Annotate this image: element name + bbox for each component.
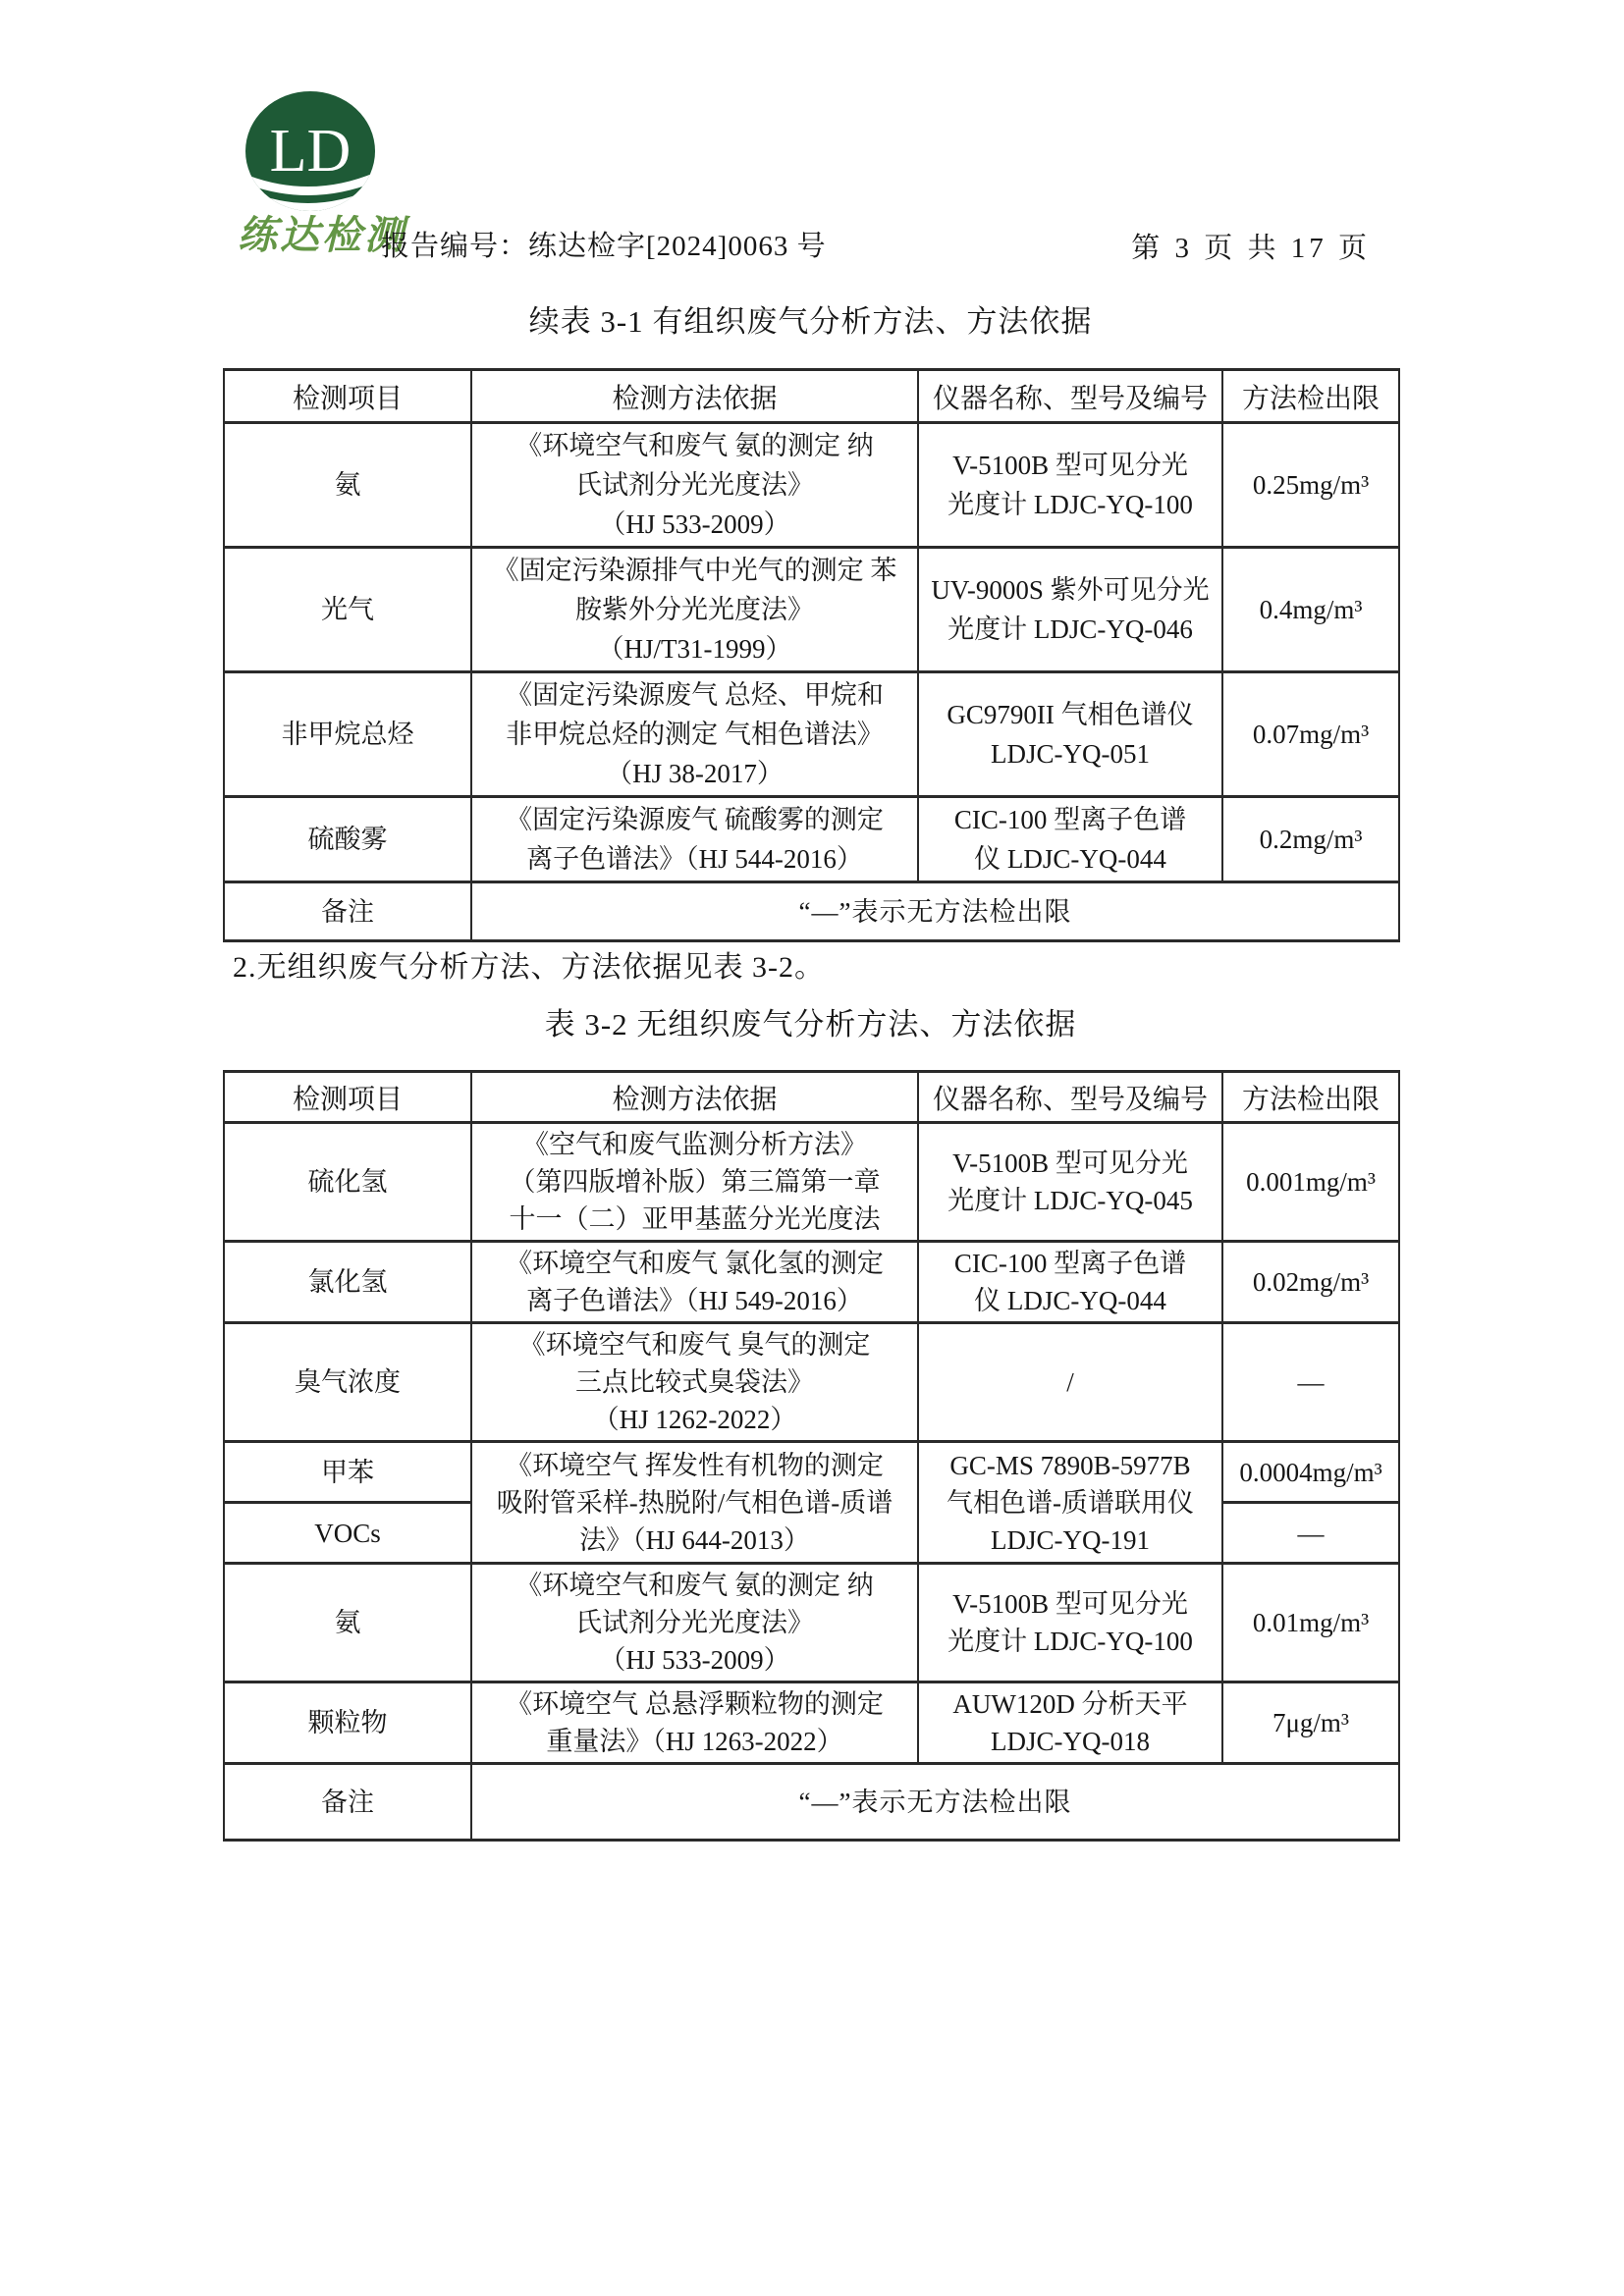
note-label-cell: 备注: [224, 882, 471, 941]
limit-cell: 0.4mg/m³: [1222, 548, 1399, 672]
method-cell: 《固定污染源排气中光气的测定 苯 胺紫外分光光度法》 （HJ/T31-1999）: [471, 548, 918, 672]
limit-cell: 0.02mg/m³: [1222, 1242, 1399, 1323]
report-number: 报告编号：练达检字[2024]0063 号: [381, 224, 827, 264]
instrument-cell: CIC-100 型离子色谱 仪 LDJC-YQ-044: [918, 797, 1222, 882]
note-label-cell: 备注: [224, 1764, 471, 1841]
column-header-limit: 方法检出限: [1222, 370, 1399, 423]
item-cell: 非甲烷总烃: [224, 672, 471, 797]
instrument-cell: GC-MS 7890B-5977B 气相色谱-质谱联用仪 LDJC-YQ-191: [918, 1442, 1222, 1564]
company-logo: LD 练达检测: [244, 90, 440, 216]
instrument-cell: AUW120D 分析天平 LDJC-YQ-018: [918, 1682, 1222, 1764]
table-row: 氨 《环境空气和废气 氨的测定 纳 氏试剂分光光度法》 （HJ 533-2009…: [224, 423, 1399, 548]
limit-cell: 0.2mg/m³: [1222, 797, 1399, 882]
instrument-cell: GC9790II 气相色谱仪 LDJC-YQ-051: [918, 672, 1222, 797]
note-cell: “—”表示无方法检出限: [471, 882, 1399, 941]
limit-cell: 0.0004mg/m³: [1222, 1442, 1399, 1503]
item-cell: 光气: [224, 548, 471, 672]
method-cell: 《固定污染源废气 总烃、甲烷和 非甲烷总烃的测定 气相色谱法》 （HJ 38-2…: [471, 672, 918, 797]
item-cell: 氯化氢: [224, 1242, 471, 1323]
table-row: 氨 《环境空气和废气 氨的测定 纳 氏试剂分光光度法》 （HJ 533-2009…: [224, 1564, 1399, 1682]
table-row: 硫化氢 《空气和废气监测分析方法》 （第四版增补版）第三篇第一章 十一（二）亚甲…: [224, 1123, 1399, 1242]
table1-title: 续表 3-1 有组织废气分析方法、方法依据: [223, 296, 1398, 341]
note-cell: “—”表示无方法检出限: [471, 1764, 1399, 1841]
method-cell: 《空气和废气监测分析方法》 （第四版增补版）第三篇第一章 十一（二）亚甲基蓝分光…: [471, 1123, 918, 1242]
column-header-method: 检测方法依据: [471, 370, 918, 423]
column-header-limit: 方法检出限: [1222, 1072, 1399, 1123]
limit-cell: 0.001mg/m³: [1222, 1123, 1399, 1242]
table-row: 臭气浓度 《环境空气和废气 臭气的测定 三点比较式臭袋法》 （HJ 1262-2…: [224, 1323, 1399, 1442]
note-row: 备注 “—”表示无方法检出限: [224, 882, 1399, 941]
column-header-method: 检测方法依据: [471, 1072, 918, 1123]
page-indicator: 第 3 页 共 17 页: [1131, 226, 1371, 266]
logo-emblem-icon: LD: [244, 90, 381, 216]
limit-cell: 0.25mg/m³: [1222, 423, 1399, 548]
limit-cell: 7μg/m³: [1222, 1682, 1399, 1764]
method-cell: 《环境空气和废气 氨的测定 纳 氏试剂分光光度法》 （HJ 533-2009）: [471, 423, 918, 548]
instrument-cell: V-5100B 型可见分光 光度计 LDJC-YQ-045: [918, 1123, 1222, 1242]
method-cell: 《环境空气 总悬浮颗粒物的测定 重量法》（HJ 1263-2022）: [471, 1682, 918, 1764]
method-cell: 《环境空气 挥发性有机物的测定 吸附管采样-热脱附/气相色谱-质谱 法》（HJ …: [471, 1442, 918, 1564]
item-cell: 氨: [224, 423, 471, 548]
logo-ld-text: LD: [270, 118, 352, 185]
table2-header-row: 检测项目 检测方法依据 仪器名称、型号及编号 方法检出限: [224, 1072, 1399, 1123]
table-row: 非甲烷总烃 《固定污染源废气 总烃、甲烷和 非甲烷总烃的测定 气相色谱法》 （H…: [224, 672, 1399, 797]
instrument-cell: V-5100B 型可见分光 光度计 LDJC-YQ-100: [918, 423, 1222, 548]
limit-cell: —: [1222, 1323, 1399, 1442]
column-header-item: 检测项目: [224, 370, 471, 423]
table1-header-row: 检测项目 检测方法依据 仪器名称、型号及编号 方法检出限: [224, 370, 1399, 423]
report-page: LD 练达检测 报告编号：练达检字[2024]0063 号 第 3 页 共 17…: [0, 0, 1624, 2296]
method-cell: 《环境空气和废气 氯化氢的测定 离子色谱法》（HJ 549-2016）: [471, 1242, 918, 1323]
table-row: 颗粒物 《环境空气 总悬浮颗粒物的测定 重量法》（HJ 1263-2022） A…: [224, 1682, 1399, 1764]
instrument-cell: UV-9000S 紫外可见分光 光度计 LDJC-YQ-046: [918, 548, 1222, 672]
note-row: 备注 “—”表示无方法检出限: [224, 1764, 1399, 1841]
method-cell: 《环境空气和废气 氨的测定 纳 氏试剂分光光度法》 （HJ 533-2009）: [471, 1564, 918, 1682]
table2-title: 表 3-2 无组织废气分析方法、方法依据: [223, 999, 1398, 1043]
method-cell: 《环境空气和废气 臭气的测定 三点比较式臭袋法》 （HJ 1262-2022）: [471, 1323, 918, 1442]
instrument-cell: CIC-100 型离子色谱 仪 LDJC-YQ-044: [918, 1242, 1222, 1323]
table-3-1: 检测项目 检测方法依据 仪器名称、型号及编号 方法检出限 氨 《环境空气和废气 …: [223, 368, 1400, 942]
instrument-cell: /: [918, 1323, 1222, 1442]
item-cell: 臭气浓度: [224, 1323, 471, 1442]
limit-cell: 0.07mg/m³: [1222, 672, 1399, 797]
table-row: 氯化氢 《环境空气和废气 氯化氢的测定 离子色谱法》（HJ 549-2016） …: [224, 1242, 1399, 1323]
table-3-2: 检测项目 检测方法依据 仪器名称、型号及编号 方法检出限 硫化氢 《空气和废气监…: [223, 1070, 1400, 1842]
item-cell: 氨: [224, 1564, 471, 1682]
item-cell: 硫酸雾: [224, 797, 471, 882]
table-row: 硫酸雾 《固定污染源废气 硫酸雾的测定 离子色谱法》（HJ 544-2016） …: [224, 797, 1399, 882]
item-cell: 甲苯: [224, 1442, 471, 1503]
limit-cell: —: [1222, 1503, 1399, 1564]
column-header-item: 检测项目: [224, 1072, 471, 1123]
section-2-text: 2.无组织废气分析方法、方法依据见表 3-2。: [233, 942, 825, 986]
item-cell: 硫化氢: [224, 1123, 471, 1242]
instrument-cell: V-5100B 型可见分光 光度计 LDJC-YQ-100: [918, 1564, 1222, 1682]
column-header-instrument: 仪器名称、型号及编号: [918, 370, 1222, 423]
method-cell: 《固定污染源废气 硫酸雾的测定 离子色谱法》（HJ 544-2016）: [471, 797, 918, 882]
table-row: 光气 《固定污染源排气中光气的测定 苯 胺紫外分光光度法》 （HJ/T31-19…: [224, 548, 1399, 672]
limit-cell: 0.01mg/m³: [1222, 1564, 1399, 1682]
column-header-instrument: 仪器名称、型号及编号: [918, 1072, 1222, 1123]
item-cell: VOCs: [224, 1503, 471, 1564]
table-row: 甲苯 《环境空气 挥发性有机物的测定 吸附管采样-热脱附/气相色谱-质谱 法》（…: [224, 1442, 1399, 1503]
item-cell: 颗粒物: [224, 1682, 471, 1764]
